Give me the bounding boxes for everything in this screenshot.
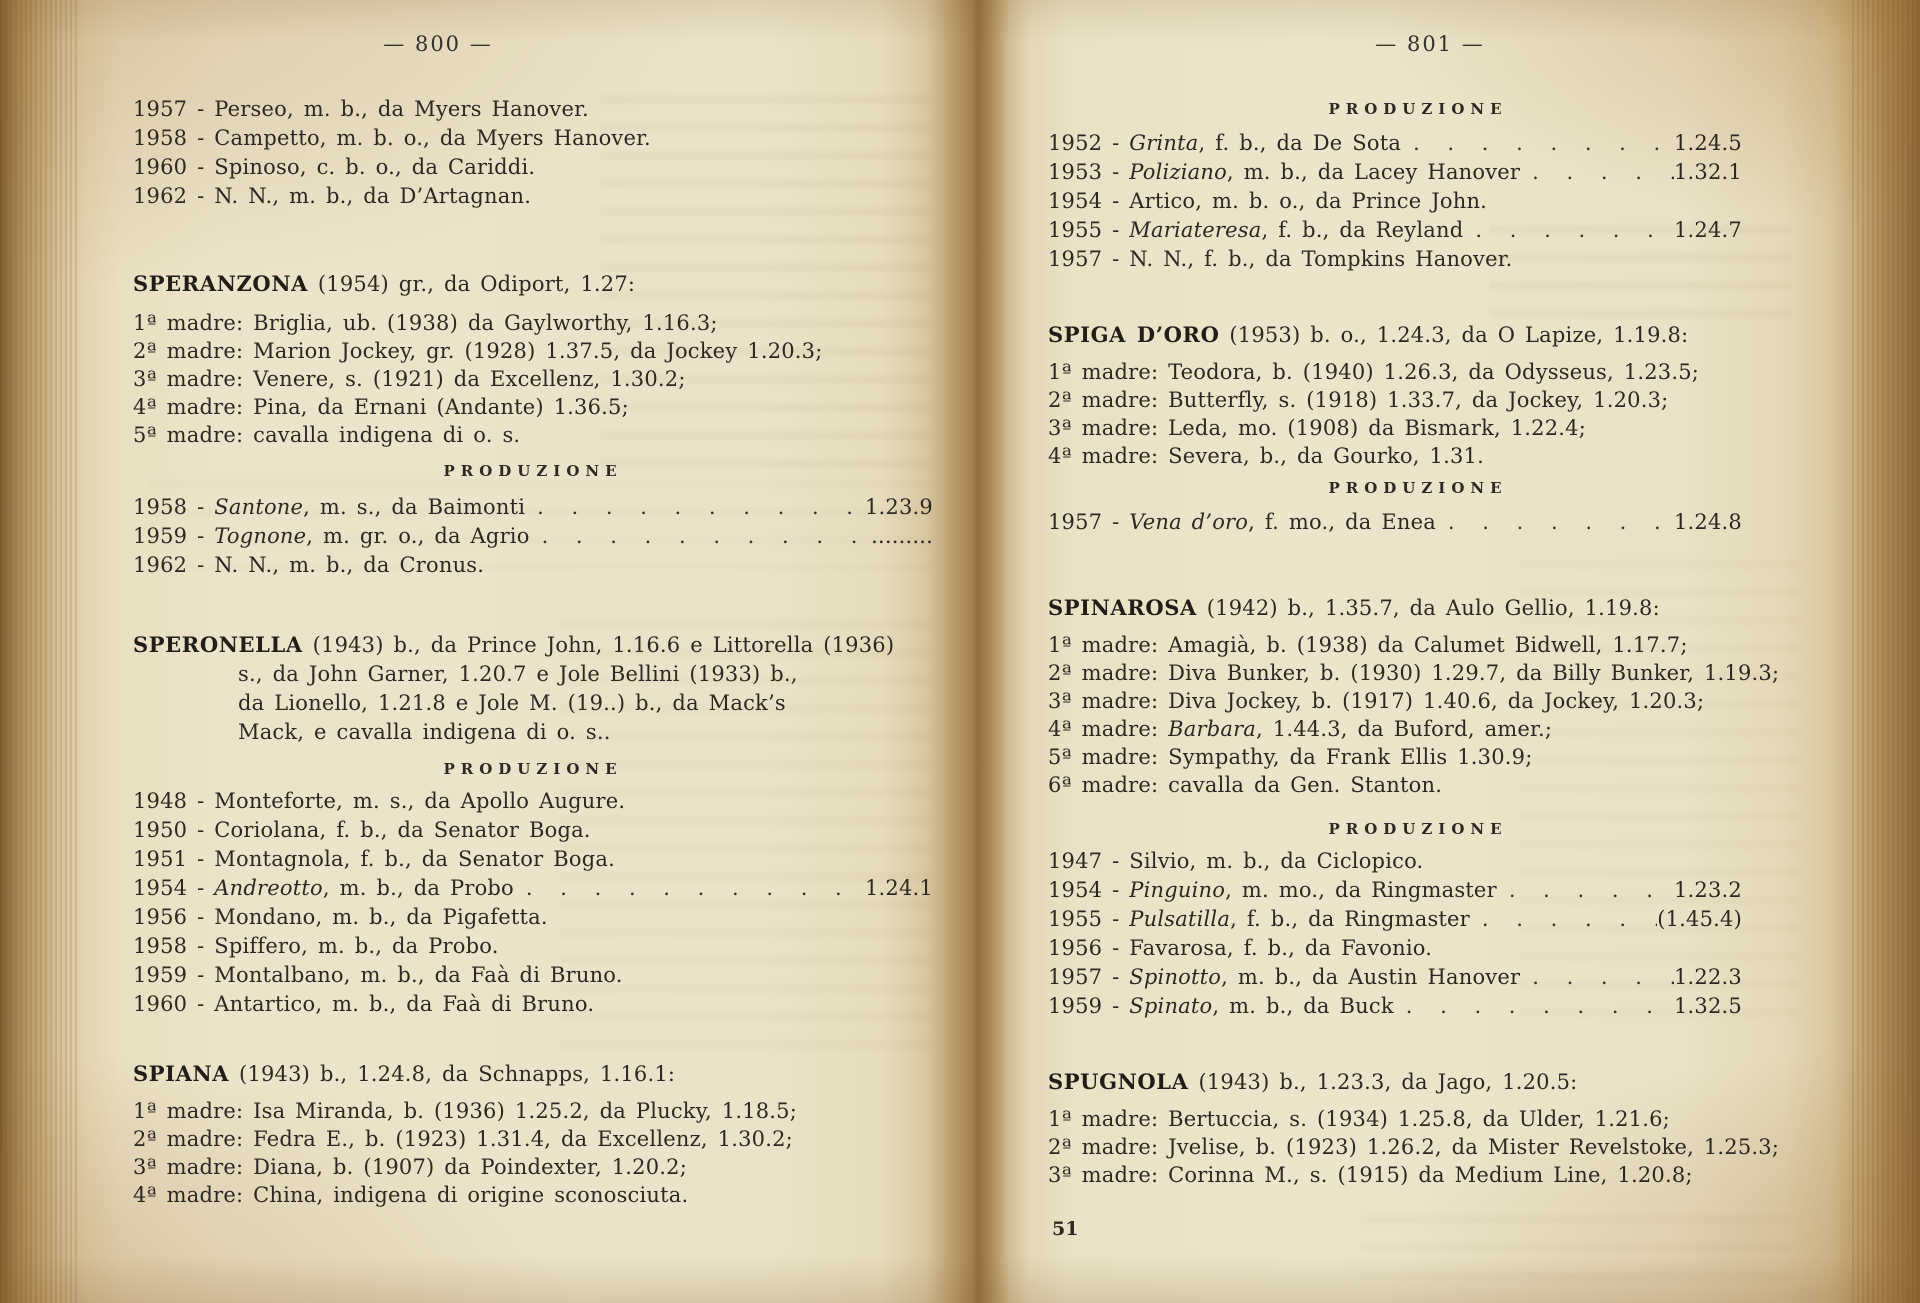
- entry-text: 1957 - N. N., f. b., da Tompkins Hanover…: [1048, 245, 1513, 274]
- entry-segment: 1955 -: [1048, 218, 1129, 242]
- produzione-label: PRODUZIONE: [1328, 820, 1507, 838]
- record-time: (1.45.4): [1657, 905, 1742, 934]
- entry-text: 1ª madre: Amagià, b. (1938) da Calumet B…: [1048, 631, 1688, 659]
- entry-text: 1955 - Pulsatilla, f. b., da Ringmaster: [1048, 905, 1470, 934]
- entry-text: 1958 - Spiffero, m. b., da Probo.: [133, 932, 499, 961]
- madre-line: 1ª madre: Bertuccia, s. (1934) 1.25.8, d…: [1048, 1105, 1788, 1133]
- entry-text: 1962 - N. N., m. b., da Cronus.: [133, 551, 484, 580]
- entry-text: 4ª madre: Severa, b., da Gourko, 1.31.: [1048, 442, 1484, 470]
- produzione-entry: 1957 - Vena d’oro, f. mo., da Enea . . .…: [1048, 508, 1788, 537]
- entry-text: 1954 - Pinguino, m. mo., da Ringmaster: [1048, 876, 1497, 905]
- entry-text: 3ª madre: Venere, s. (1921) da Excellenz…: [133, 365, 686, 393]
- madre-line: 3ª madre: Venere, s. (1921) da Excellenz…: [133, 365, 933, 393]
- produzione-list: 1948 - Monteforte, m. s., da Apollo Augu…: [133, 787, 933, 1019]
- horse-heading-line: SPERONELLA (1943) b., da Prince John, 1.…: [133, 630, 933, 660]
- dot-leader: . . . . . . . . . . . . . . . . . . . . …: [1394, 992, 1674, 1021]
- entry-segment: 1957 - Perseo, m. b., da Myers Hanover.: [133, 97, 589, 121]
- horse-details: (1953) b. o., 1.24.3, da O Lapize, 1.19.…: [1219, 323, 1688, 347]
- horse-name-italic: Spinato: [1129, 994, 1212, 1018]
- record-time: 1.23.2: [1674, 876, 1742, 905]
- entry-segment: 1ª madre: Amagià, b. (1938) da Calumet B…: [1048, 633, 1688, 657]
- entry-text: 6ª madre: cavalla da Gen. Stanton.: [1048, 771, 1442, 799]
- entry-segment: 4ª madre: Pina, da Ernani (Andante) 1.36…: [133, 395, 629, 419]
- madre-line: 1ª madre: Teodora, b. (1940) 1.26.3, da …: [1048, 358, 1788, 386]
- entry-text: 1955 - Mariateresa, f. b., da Reyland: [1048, 216, 1463, 245]
- entry-segment: , m. mo., da Ringmaster: [1225, 878, 1497, 902]
- produzione-heading: PRODUZIONE: [1048, 99, 1788, 119]
- entry-segment: 1951 - Montagnola, f. b., da Senator Bog…: [133, 847, 615, 871]
- entry-text: 1960 - Spinoso, c. b. o., da Cariddi.: [133, 153, 535, 182]
- entry-text: 3ª madre: Diva Jockey, b. (1917) 1.40.6,…: [1048, 687, 1704, 715]
- produzione-entry: 1962 - N. N., m. b., da D’Artagnan.: [133, 182, 933, 211]
- record-time: 1.22.3: [1674, 963, 1742, 992]
- entry-segment: 1954 -: [133, 876, 214, 900]
- produzione-entry: 1959 - Montalbano, m. b., da Faà di Brun…: [133, 961, 933, 990]
- horse-details: (1942) b., 1.35.7, da Aulo Gellio, 1.19.…: [1197, 596, 1660, 620]
- horse-name-italic: Tognone: [214, 524, 306, 548]
- madre-line: 5ª madre: Sympathy, da Frank Ellis 1.30.…: [1048, 743, 1788, 771]
- book-edge-left: [0, 0, 78, 1303]
- entry-segment: 1954 - Artico, m. b. o., da Prince John.: [1048, 189, 1487, 213]
- entry-text: 1958 - Santone, m. s., da Baimonti: [133, 493, 525, 522]
- horse-heading-line: SPIANA (1943) b., 1.24.8, da Schnapps, 1…: [133, 1059, 933, 1089]
- dot-leader: . . . . . . . . . . . . . . . . . . . . …: [1436, 508, 1674, 537]
- heading-continuation: Mack, e cavalla indigena di o. s..: [133, 718, 933, 747]
- record-time: 1.32.5: [1674, 992, 1742, 1021]
- horse-name-italic: Santone: [214, 495, 303, 519]
- produzione-entry: 1950 - Coriolana, f. b., da Senator Boga…: [133, 816, 933, 845]
- produzione-entry: 1955 - Mariateresa, f. b., da Reyland . …: [1048, 216, 1788, 245]
- dot-leader: . . . . . . . . . . . . . . . . . . . . …: [530, 522, 872, 551]
- entry-text: 1954 - Artico, m. b. o., da Prince John.: [1048, 187, 1487, 216]
- entry-text: 2ª madre: Diva Bunker, b. (1930) 1.29.7,…: [1048, 659, 1779, 687]
- dot-leader: . . . . . . . . . . . . . . . . . . . . …: [1497, 876, 1674, 905]
- entry-segment: 1950 - Coriolana, f. b., da Senator Boga…: [133, 818, 591, 842]
- entry-text: 3ª madre: Corinna M., s. (1915) da Mediu…: [1048, 1161, 1693, 1189]
- entry-segment: , m. b., da Austin Hanover: [1221, 965, 1520, 989]
- horse-details: (1954) gr., da Odiport, 1.27:: [308, 272, 635, 296]
- horse-heading-line: SPERANZONA (1954) gr., da Odiport, 1.27:: [133, 269, 933, 299]
- record-time: 1.24.8: [1674, 508, 1742, 537]
- entry-segment: , m. b., da Lacey Hanover: [1227, 160, 1520, 184]
- produzione-entry: 1958 - Campetto, m. b. o., da Myers Hano…: [133, 124, 933, 153]
- entry-segment: 1ª madre: Briglia, ub. (1938) da Gaylwor…: [133, 311, 718, 335]
- page-number: — 801 —: [1060, 30, 1800, 59]
- entry-segment: 2ª madre: Butterfly, s. (1918) 1.33.7, d…: [1048, 388, 1668, 412]
- produzione-entry: 1954 - Andreotto, m. b., da Probo . . . …: [133, 874, 933, 903]
- horse-heading-line: SPIGA D’ORO (1953) b. o., 1.24.3, da O L…: [1048, 320, 1788, 350]
- madre-line: 1ª madre: Isa Miranda, b. (1936) 1.25.2,…: [133, 1097, 933, 1125]
- horse-name: SPERANZONA: [133, 271, 308, 296]
- entry-segment: 1958 - Campetto, m. b. o., da Myers Hano…: [133, 126, 651, 150]
- record-time: 1.32.1: [1674, 158, 1742, 187]
- madri-list: 1ª madre: Briglia, ub. (1938) da Gaylwor…: [133, 309, 933, 449]
- madre-line: 3ª madre: Diana, b. (1907) da Poindexter…: [133, 1153, 933, 1181]
- dot-leader: . . . . . . . . . . . . . . . . . . . . …: [1520, 963, 1674, 992]
- entry-text: 3ª madre: Leda, mo. (1908) da Bismark, 1…: [1048, 414, 1586, 442]
- entry-segment: 1947 - Silvio, m. b., da Ciclopico.: [1048, 849, 1423, 873]
- horse-heading-line: SPUGNOLA (1943) b., 1.23.3, da Jago, 1.2…: [1048, 1067, 1788, 1097]
- entry-segment: 1958 - Spiffero, m. b., da Probo.: [133, 934, 499, 958]
- entry-segment: 1962 - N. N., m. b., da Cronus.: [133, 553, 484, 577]
- entry-text: 1957 - Vena d’oro, f. mo., da Enea: [1048, 508, 1436, 537]
- horse-name-italic: Barbara: [1168, 717, 1256, 741]
- dot-leader: . . . . . . . . . . . . . . . . . . . . …: [514, 874, 865, 903]
- produzione-entry: 1959 - Spinato, m. b., da Buck . . . . .…: [1048, 992, 1788, 1021]
- entry-segment: 4ª madre: Severa, b., da Gourko, 1.31.: [1048, 444, 1484, 468]
- horse-name: SPIGA D’ORO: [1048, 322, 1219, 347]
- entry-segment: 5ª madre: cavalla indigena di o. s.: [133, 423, 520, 447]
- dot-leader: . . . . . . . . . . . . . . . . . . . . …: [1463, 216, 1674, 245]
- madre-line: 5ª madre: cavalla indigena di o. s.: [133, 421, 933, 449]
- entry-segment: 6ª madre: cavalla da Gen. Stanton.: [1048, 773, 1442, 797]
- madri-list: 1ª madre: Amagià, b. (1938) da Calumet B…: [1048, 631, 1788, 799]
- entry-text: 1953 - Poliziano, m. b., da Lacey Hanove…: [1048, 158, 1520, 187]
- entry-segment: , m. b., da Buck: [1212, 994, 1393, 1018]
- entry-segment: 1ª madre: Bertuccia, s. (1934) 1.25.8, d…: [1048, 1107, 1670, 1131]
- madre-line: 2ª madre: Jvelise, b. (1923) 1.26.2, da …: [1048, 1133, 1788, 1161]
- entry-text: 1956 - Mondano, m. b., da Pigafetta.: [133, 903, 548, 932]
- entry-segment: 1957 -: [1048, 510, 1129, 534]
- dot-leader: . . . . . . . . . . . . . . . . . . . . …: [525, 493, 865, 522]
- produzione-entry: 1956 - Mondano, m. b., da Pigafetta.: [133, 903, 933, 932]
- entry-text: 1ª madre: Bertuccia, s. (1934) 1.25.8, d…: [1048, 1105, 1670, 1133]
- entry-segment: 1948 - Monteforte, m. s., da Apollo Augu…: [133, 789, 625, 813]
- entry-segment: 1ª madre: Isa Miranda, b. (1936) 1.25.2,…: [133, 1099, 797, 1123]
- horse-heading: SPIGA D’ORO (1953) b. o., 1.24.3, da O L…: [1048, 320, 1788, 350]
- entry-segment: 1953 -: [1048, 160, 1129, 184]
- produzione-list: 1957 - Vena d’oro, f. mo., da Enea . . .…: [1048, 508, 1788, 537]
- madre-line: 2ª madre: Butterfly, s. (1918) 1.33.7, d…: [1048, 386, 1788, 414]
- entry-segment: 5ª madre: Sympathy, da Frank Ellis 1.30.…: [1048, 745, 1533, 769]
- entry-text: 5ª madre: Sympathy, da Frank Ellis 1.30.…: [1048, 743, 1533, 771]
- horse-name-italic: Pinguino: [1129, 878, 1225, 902]
- madre-line: 4ª madre: Barbara, 1.44.3, da Buford, am…: [1048, 715, 1788, 743]
- produzione-entry: 1958 - Santone, m. s., da Baimonti . . .…: [133, 493, 933, 522]
- horse-name-italic: Mariateresa: [1129, 218, 1261, 242]
- produzione-entry: 1956 - Favarosa, f. b., da Favonio.: [1048, 934, 1788, 963]
- horse-name: SPINAROSA: [1048, 595, 1197, 620]
- entry-segment: , m. gr. o., da Agrio: [306, 524, 529, 548]
- produzione-heading: PRODUZIONE: [133, 759, 933, 779]
- dot-leader: . . . . . . . . . . . . . . . . . . . . …: [1520, 158, 1674, 187]
- entry-segment: , f. b., da Ringmaster: [1230, 907, 1470, 931]
- record-time: 1.24.5: [1674, 129, 1742, 158]
- produzione-entry: 1954 - Pinguino, m. mo., da Ringmaster .…: [1048, 876, 1788, 905]
- produzione-entry: 1953 - Poliziano, m. b., da Lacey Hanove…: [1048, 158, 1788, 187]
- entry-text: 5ª madre: cavalla indigena di o. s.: [133, 421, 520, 449]
- produzione-entry: 1960 - Antartico, m. b., da Faà di Bruno…: [133, 990, 933, 1019]
- produzione-entry: 1947 - Silvio, m. b., da Ciclopico.: [1048, 847, 1788, 876]
- entry-text: 1948 - Monteforte, m. s., da Apollo Augu…: [133, 787, 625, 816]
- entry-segment: 4ª madre: China, indigena di origine sco…: [133, 1183, 688, 1207]
- heading-continuation: s., da John Garner, 1.20.7 e Jole Bellin…: [133, 660, 933, 689]
- entry-segment: 1960 - Antartico, m. b., da Faà di Bruno…: [133, 992, 594, 1016]
- entry-segment: 3ª madre: Diana, b. (1907) da Poindexter…: [133, 1155, 687, 1179]
- entry-segment: 2ª madre: Diva Bunker, b. (1930) 1.29.7,…: [1048, 661, 1779, 685]
- dot-leader: . . . . . . . . . . . . . . . . . . . . …: [1470, 905, 1657, 934]
- madre-line: 6ª madre: cavalla da Gen. Stanton.: [1048, 771, 1788, 799]
- signature-mark: 51: [1052, 1218, 1078, 1240]
- produzione-entry: 1957 - Spinotto, m. b., da Austin Hanove…: [1048, 963, 1788, 992]
- madre-line: 2ª madre: Marion Jockey, gr. (1928) 1.37…: [133, 337, 933, 365]
- entry-segment: 1954 -: [1048, 878, 1129, 902]
- madri-list: 1ª madre: Isa Miranda, b. (1936) 1.25.2,…: [133, 1097, 933, 1209]
- entry-segment: 1952 -: [1048, 131, 1129, 155]
- entry-segment: 1956 - Favarosa, f. b., da Favonio.: [1048, 936, 1432, 960]
- horse-details: (1943) b., da Prince John, 1.16.6 e Litt…: [303, 633, 895, 657]
- entry-text: 1956 - Favarosa, f. b., da Favonio.: [1048, 934, 1432, 963]
- madre-line: 1ª madre: Briglia, ub. (1938) da Gaylwor…: [133, 309, 933, 337]
- entry-segment: 1958 -: [133, 495, 214, 519]
- horse-heading: SPIANA (1943) b., 1.24.8, da Schnapps, 1…: [133, 1059, 933, 1089]
- entry-text: 2ª madre: Jvelise, b. (1923) 1.26.2, da …: [1048, 1133, 1779, 1161]
- entry-segment: 1960 - Spinoso, c. b. o., da Cariddi.: [133, 155, 535, 179]
- left-page: — 800 — 1957 - Perseo, m. b., da Myers H…: [133, 30, 933, 1209]
- madre-line: 4ª madre: Pina, da Ernani (Andante) 1.36…: [133, 393, 933, 421]
- entry-text: 1950 - Coriolana, f. b., da Senator Boga…: [133, 816, 591, 845]
- entry-text: 1951 - Montagnola, f. b., da Senator Bog…: [133, 845, 615, 874]
- produzione-entry: 1951 - Montagnola, f. b., da Senator Bog…: [133, 845, 933, 874]
- right-page: — 801 — PRODUZIONE1952 - Grinta, f. b., …: [1048, 30, 1788, 1189]
- produzione-entry: 1962 - N. N., m. b., da Cronus.: [133, 551, 933, 580]
- book-edge-right: [1852, 0, 1920, 1303]
- entry-text: 1957 - Spinotto, m. b., da Austin Hanove…: [1048, 963, 1520, 992]
- madre-line: 2ª madre: Fedra E., b. (1923) 1.31.4, da…: [133, 1125, 933, 1153]
- horse-heading: SPERANZONA (1954) gr., da Odiport, 1.27:: [133, 269, 933, 299]
- horse-heading: SPERONELLA (1943) b., da Prince John, 1.…: [133, 630, 933, 747]
- entry-segment: , m. s., da Baimonti: [303, 495, 525, 519]
- entry-segment: , f. b., da Reyland: [1261, 218, 1463, 242]
- entry-segment: 1959 - Montalbano, m. b., da Faà di Brun…: [133, 963, 623, 987]
- entry-text: 3ª madre: Diana, b. (1907) da Poindexter…: [133, 1153, 687, 1181]
- produzione-label: PRODUZIONE: [443, 462, 622, 480]
- entry-segment: 3ª madre: Venere, s. (1921) da Excellenz…: [133, 367, 686, 391]
- entry-segment: , f. b., da De Sota: [1199, 131, 1402, 155]
- entry-text: 4ª madre: China, indigena di origine sco…: [133, 1181, 688, 1209]
- entry-segment: 1957 - N. N., f. b., da Tompkins Hanover…: [1048, 247, 1513, 271]
- madre-line: 4ª madre: Severa, b., da Gourko, 1.31.: [1048, 442, 1788, 470]
- entry-text: 1ª madre: Teodora, b. (1940) 1.26.3, da …: [1048, 358, 1699, 386]
- entry-text: 1952 - Grinta, f. b., da De Sota: [1048, 129, 1401, 158]
- produzione-entry: 1959 - Tognone, m. gr. o., da Agrio . . …: [133, 522, 933, 551]
- horse-heading: SPUGNOLA (1943) b., 1.23.3, da Jago, 1.2…: [1048, 1067, 1788, 1097]
- entry-text: 2ª madre: Fedra E., b. (1923) 1.31.4, da…: [133, 1125, 793, 1153]
- heading-continuation: da Lionello, 1.21.8 e Jole M. (19..) b.,…: [133, 689, 933, 718]
- produzione-label: PRODUZIONE: [443, 760, 622, 778]
- horse-name: SPUGNOLA: [1048, 1069, 1189, 1094]
- produzione-heading: PRODUZIONE: [1048, 478, 1788, 498]
- produzione-entry: 1955 - Pulsatilla, f. b., da Ringmaster …: [1048, 905, 1788, 934]
- entry-text: 1959 - Spinato, m. b., da Buck: [1048, 992, 1394, 1021]
- produzione-entry: 1948 - Monteforte, m. s., da Apollo Augu…: [133, 787, 933, 816]
- entry-text: 1960 - Antartico, m. b., da Faà di Bruno…: [133, 990, 594, 1019]
- entry-segment: 1957 -: [1048, 965, 1129, 989]
- entry-segment: 1959 -: [1048, 994, 1129, 1018]
- entry-text: 4ª madre: Pina, da Ernani (Andante) 1.36…: [133, 393, 629, 421]
- produzione-heading: PRODUZIONE: [133, 461, 933, 481]
- entry-text: 1954 - Andreotto, m. b., da Probo: [133, 874, 514, 903]
- entry-text: 1947 - Silvio, m. b., da Ciclopico.: [1048, 847, 1423, 876]
- record-time: .........: [871, 522, 933, 551]
- horse-name-italic: Andreotto: [214, 876, 323, 900]
- madre-line: 3ª madre: Leda, mo. (1908) da Bismark, 1…: [1048, 414, 1788, 442]
- entry-text: 1957 - Perseo, m. b., da Myers Hanover.: [133, 95, 589, 124]
- produzione-list: 1958 - Santone, m. s., da Baimonti . . .…: [133, 493, 933, 580]
- madre-line: 2ª madre: Diva Bunker, b. (1930) 1.29.7,…: [1048, 659, 1788, 687]
- horse-details: (1943) b., 1.23.3, da Jago, 1.20.5:: [1189, 1070, 1578, 1094]
- horse-name-italic: Grinta: [1129, 131, 1198, 155]
- produzione-entry: 1957 - N. N., f. b., da Tompkins Hanover…: [1048, 245, 1788, 274]
- produzione-heading: PRODUZIONE: [1048, 819, 1788, 839]
- produzione-label: PRODUZIONE: [1328, 100, 1507, 118]
- entry-text: 1959 - Tognone, m. gr. o., da Agrio: [133, 522, 530, 551]
- produzione-entry: 1958 - Spiffero, m. b., da Probo.: [133, 932, 933, 961]
- madre-line: 3ª madre: Diva Jockey, b. (1917) 1.40.6,…: [1048, 687, 1788, 715]
- produzione-label: PRODUZIONE: [1328, 479, 1507, 497]
- entry-segment: , m. b., da Probo: [323, 876, 514, 900]
- produzione-entry: 1957 - Perseo, m. b., da Myers Hanover.: [133, 95, 933, 124]
- horse-heading: SPINAROSA (1942) b., 1.35.7, da Aulo Gel…: [1048, 593, 1788, 623]
- entry-segment: 3ª madre: Diva Jockey, b. (1917) 1.40.6,…: [1048, 689, 1704, 713]
- horse-details: (1943) b., 1.24.8, da Schnapps, 1.16.1:: [229, 1062, 675, 1086]
- horse-name: SPERONELLA: [133, 632, 303, 657]
- horse-name-italic: Pulsatilla: [1129, 907, 1230, 931]
- entry-text: 1ª madre: Isa Miranda, b. (1936) 1.25.2,…: [133, 1097, 797, 1125]
- entry-text: 2ª madre: Marion Jockey, gr. (1928) 1.37…: [133, 337, 823, 365]
- horse-name-italic: Vena d’oro: [1129, 510, 1248, 534]
- entry-text: 2ª madre: Butterfly, s. (1918) 1.33.7, d…: [1048, 386, 1668, 414]
- entry-segment: 1955 -: [1048, 907, 1129, 931]
- dot-leader: . . . . . . . . . . . . . . . . . . . . …: [1401, 129, 1674, 158]
- record-time: 1.23.9: [865, 493, 933, 522]
- madre-line: 3ª madre: Corinna M., s. (1915) da Mediu…: [1048, 1161, 1788, 1189]
- entry-segment: 2ª madre: Fedra E., b. (1923) 1.31.4, da…: [133, 1127, 793, 1151]
- produzione-entry: 1952 - Grinta, f. b., da De Sota . . . .…: [1048, 129, 1788, 158]
- record-time: 1.24.7: [1674, 216, 1742, 245]
- horse-name-italic: Poliziano: [1129, 160, 1227, 184]
- entry-segment: , 1.44.3, da Buford, amer.;: [1256, 717, 1552, 741]
- produzione-entry: 1954 - Artico, m. b. o., da Prince John.: [1048, 187, 1788, 216]
- entry-segment: 1ª madre: Teodora, b. (1940) 1.26.3, da …: [1048, 360, 1699, 384]
- record-time: 1.24.1: [865, 874, 933, 903]
- horse-name-italic: Spinotto: [1129, 965, 1221, 989]
- produzione-list: 1957 - Perseo, m. b., da Myers Hanover.1…: [133, 95, 933, 211]
- entry-segment: , f. mo., da Enea: [1248, 510, 1436, 534]
- entry-text: 1962 - N. N., m. b., da D’Artagnan.: [133, 182, 531, 211]
- bleedthrough-texture: [1360, 1215, 1790, 1295]
- madre-line: 1ª madre: Amagià, b. (1938) da Calumet B…: [1048, 631, 1788, 659]
- madri-list: 1ª madre: Teodora, b. (1940) 1.26.3, da …: [1048, 358, 1788, 470]
- entry-text: 1958 - Campetto, m. b. o., da Myers Hano…: [133, 124, 651, 153]
- horse-heading-line: SPINAROSA (1942) b., 1.35.7, da Aulo Gel…: [1048, 593, 1788, 623]
- entry-segment: 1956 - Mondano, m. b., da Pigafetta.: [133, 905, 548, 929]
- entry-segment: 1959 -: [133, 524, 214, 548]
- produzione-list: 1952 - Grinta, f. b., da De Sota . . . .…: [1048, 129, 1788, 274]
- entry-segment: 1962 - N. N., m. b., da D’Artagnan.: [133, 184, 531, 208]
- entry-text: 1959 - Montalbano, m. b., da Faà di Brun…: [133, 961, 623, 990]
- page-number: — 800 —: [38, 30, 838, 59]
- entry-segment: 2ª madre: Jvelise, b. (1923) 1.26.2, da …: [1048, 1135, 1779, 1159]
- entry-segment: 2ª madre: Marion Jockey, gr. (1928) 1.37…: [133, 339, 823, 363]
- horse-name: SPIANA: [133, 1061, 229, 1086]
- produzione-entry: 1960 - Spinoso, c. b. o., da Cariddi.: [133, 153, 933, 182]
- produzione-list: 1947 - Silvio, m. b., da Ciclopico.1954 …: [1048, 847, 1788, 1021]
- madri-list: 1ª madre: Bertuccia, s. (1934) 1.25.8, d…: [1048, 1105, 1788, 1189]
- entry-segment: 3ª madre: Leda, mo. (1908) da Bismark, 1…: [1048, 416, 1586, 440]
- entry-text: 4ª madre: Barbara, 1.44.3, da Buford, am…: [1048, 715, 1552, 743]
- madre-line: 4ª madre: China, indigena di origine sco…: [133, 1181, 933, 1209]
- entry-text: 1ª madre: Briglia, ub. (1938) da Gaylwor…: [133, 309, 718, 337]
- entry-segment: 4ª madre:: [1048, 717, 1168, 741]
- entry-segment: 3ª madre: Corinna M., s. (1915) da Mediu…: [1048, 1163, 1693, 1187]
